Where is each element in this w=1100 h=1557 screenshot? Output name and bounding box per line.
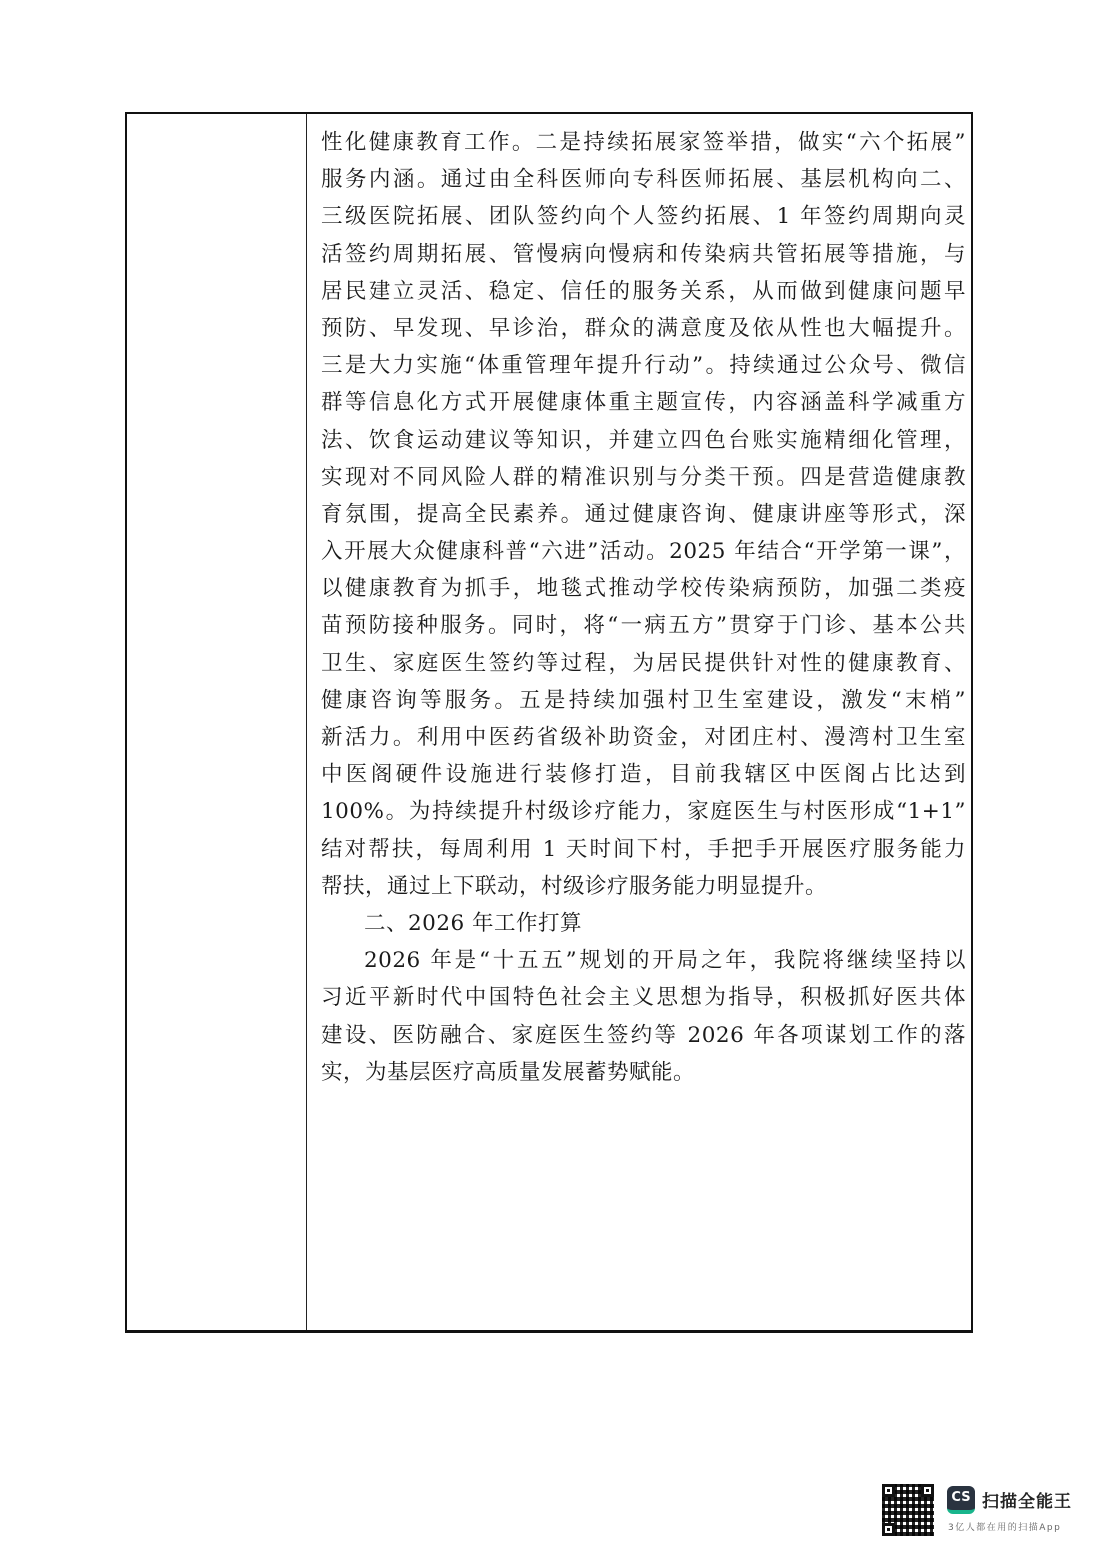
text-line: 实现对不同风险人群的精准识别与分类干预。四是营造健康教 [321,459,966,496]
app-slogan: 3亿人都在用的扫描App [948,1520,1061,1533]
section-heading: 二、2026 年工作打算 [321,905,966,942]
text-line: 预防、早发现、早诊治，群众的满意度及依从性也大幅提升。 [321,310,966,347]
text-line: 育氛围，提高全民素养。通过健康咨询、健康讲座等形式，深 [321,496,966,533]
text-line: 实，为基层医疗高质量发展蓄势赋能。 [321,1054,966,1091]
text-line: 习近平新时代中国特色社会主义思想为指导，积极抓好医共体 [321,979,966,1016]
text-line: 性化健康教育工作。二是持续拓展家签举措，做实“六个拓展” [321,124,966,161]
text-line: 群等信息化方式开展健康体重主题宣传，内容涵盖科学减重方 [321,384,966,421]
text-line: 法、饮食运动建议等知识，并建立四色台账实施精细化管理， [321,422,966,459]
body-text: 性化健康教育工作。二是持续拓展家签举措，做实“六个拓展” 服务内涵。通过由全科医… [321,124,966,1091]
text-line: 帮扶，通过上下联动，村级诊疗服务能力明显提升。 [321,868,966,905]
text-line: 入开展大众健康科普“六进”活动。2025 年结合“开学第一课”， [321,533,966,570]
text-line: 三级医院拓展、团队签约向个人签约拓展、1 年签约周期向灵 [321,198,966,235]
app-name: 扫描全能王 [982,1487,1072,1512]
text-line: 结对帮扶，每周利用 1 天时间下村，手把手开展医疗服务能力 [321,831,966,868]
text-line: 居民建立灵活、稳定、信任的服务关系，从而做到健康问题早 [321,273,966,310]
text-line: 建设、医防融合、家庭医生签约等 2026 年各项谋划工作的落 [321,1017,966,1054]
table-left-cell [127,114,307,1330]
text-line: 100%。为持续提升村级诊疗能力，家庭医生与村医形成“1+1” [321,793,966,830]
qr-code-icon [882,1484,934,1536]
text-line: 活签约周期拓展、管慢病向慢病和传染病共管拓展等措施，与 [321,236,966,273]
text-line: 服务内涵。通过由全科医师向专科医师拓展、基层机构向二、 [321,161,966,198]
cs-logo-icon: CS [947,1486,975,1514]
content-table: 性化健康教育工作。二是持续拓展家签举措，做实“六个拓展” 服务内涵。通过由全科医… [125,112,973,1333]
text-line: 三是大力实施“体重管理年提升行动”。持续通过公众号、微信 [321,347,966,384]
text-line: 苗预防接种服务。同时，将“一病五方”贯穿于门诊、基本公共 [321,607,966,644]
text-line: 2026 年是“十五五”规划的开局之年，我院将继续坚持以 [321,942,966,979]
text-line: 健康咨询等服务。五是持续加强村卫生室建设，激发“末梢” [321,682,966,719]
text-line: 卫生、家庭医生签约等过程，为居民提供针对性的健康教育、 [321,645,966,682]
text-line: 中医阁硬件设施进行装修打造，目前我辖区中医阁占比达到 [321,756,966,793]
text-line: 新活力。利用中医药省级补助资金，对团庄村、漫湾村卫生室 [321,719,966,756]
scanner-watermark: CS 扫描全能王 3亿人都在用的扫描App [882,1482,1082,1542]
text-line: 以健康教育为抓手，地毯式推动学校传染病预防，加强二类疫 [321,570,966,607]
table-right-cell: 性化健康教育工作。二是持续拓展家签举措，做实“六个拓展” 服务内涵。通过由全科医… [308,114,971,1330]
